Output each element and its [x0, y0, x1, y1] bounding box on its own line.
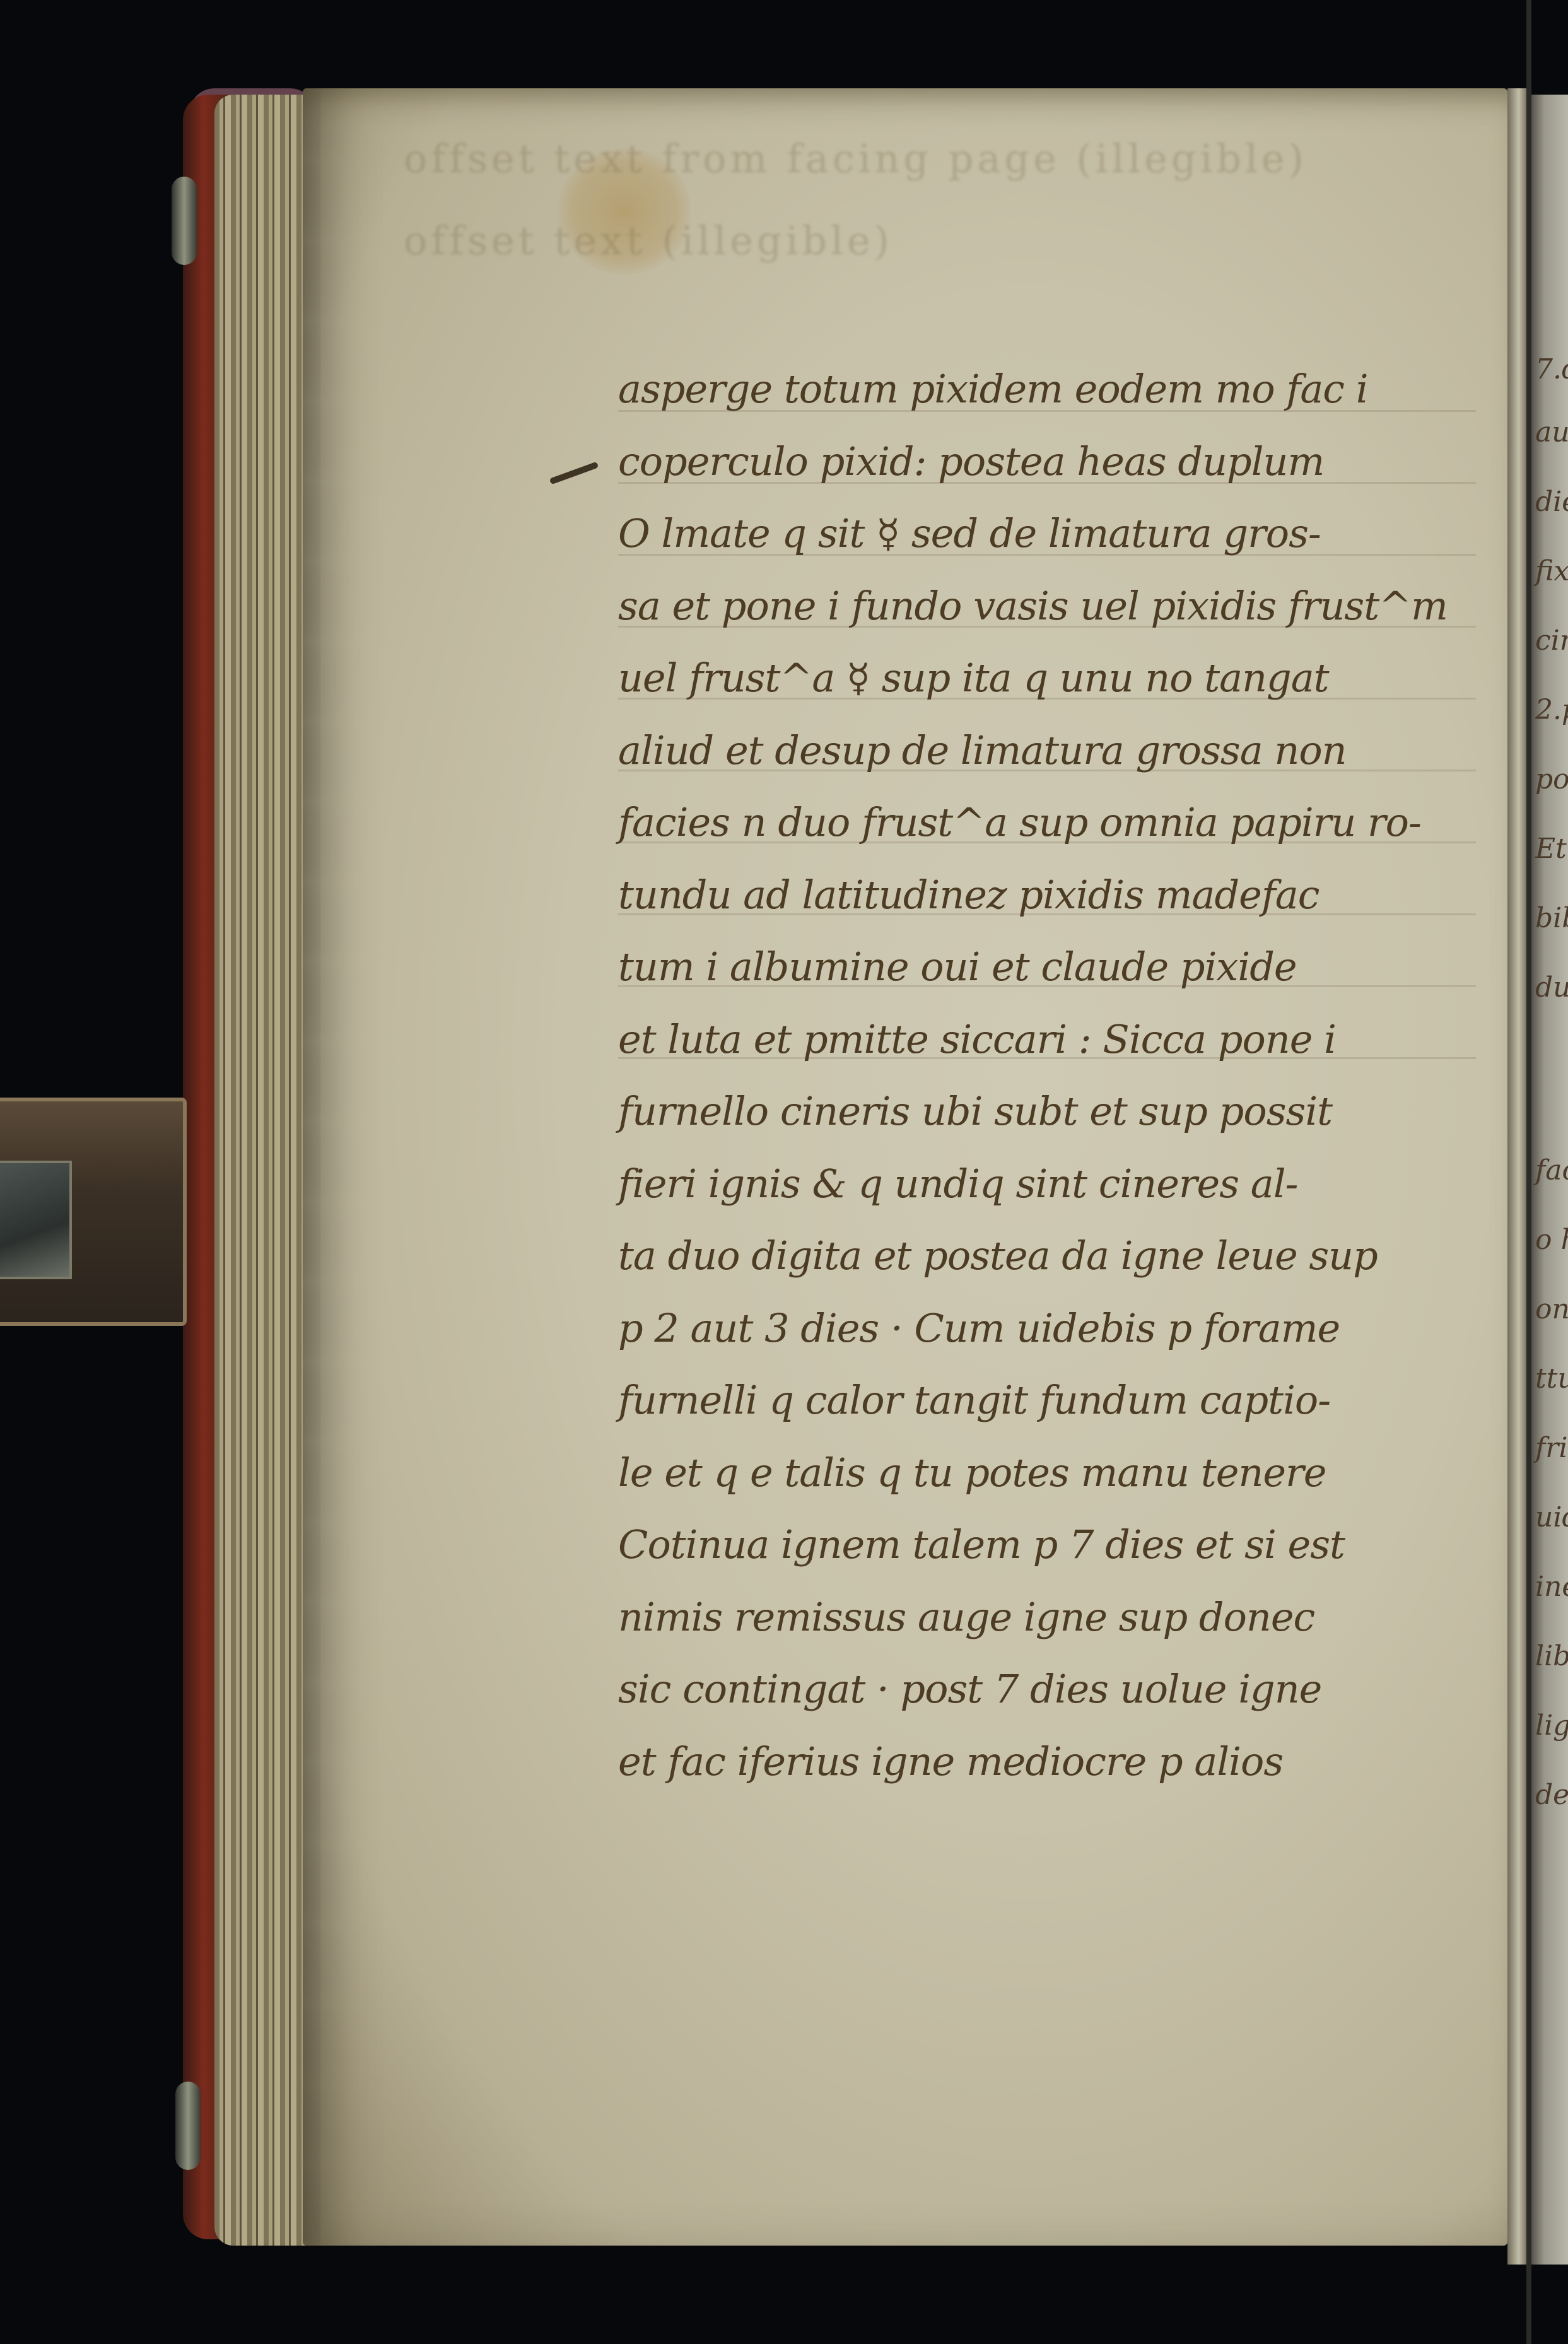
facing-fragment: ponu: [1535, 763, 1568, 795]
facing-fragment: lig^m ebe: [1535, 1709, 1568, 1742]
text-line-5: uel frust^a ☿ sup ita q unu no tangat: [618, 642, 1489, 715]
manuscript-text-block: asperge totum pixidem eodem mo fac i cop…: [618, 353, 1489, 1798]
text-line-11: furnello cineris ubi subt et sup possit: [618, 1075, 1489, 1148]
gutter-shadow: [1526, 0, 1531, 2344]
text-line-20: et fac iferius igne mediocre p alios: [618, 1726, 1489, 1798]
text-line-10: et luta et pmitte siccari : Sicca pone i: [618, 1004, 1489, 1076]
text-line-17: Cotinua ignem talem p 7 dies et si est: [618, 1509, 1489, 1581]
facing-fragment: fixu: [1535, 555, 1568, 587]
text-line-4: sa et pone i fundo vasis uel pixidis fru…: [618, 570, 1489, 643]
facing-fragment: Et fi: [1535, 833, 1568, 865]
facing-fragment: cine: [1535, 624, 1568, 657]
facing-fragment: o heb: [1535, 1224, 1568, 1256]
facing-fragment: fripio: [1535, 1432, 1568, 1464]
text-line-3: O lmate q sit ☿ sed de limatura gros-: [618, 498, 1489, 570]
bottom-metal-fitting: [175, 2082, 201, 2170]
text-line-8: tundu ad latitudinez pixidis madefac: [618, 859, 1489, 932]
faded-offset-text: offset text (illegible): [404, 218, 1476, 264]
top-metal-fitting: [172, 177, 197, 265]
facing-fragment: uidem: [1535, 1501, 1568, 1533]
facing-fragment: 7.die: [1535, 353, 1568, 385]
text-line-16: le et q e talis q tu potes manu tenere: [618, 1437, 1489, 1509]
facing-fragment: fac et: [1535, 1154, 1568, 1187]
facing-fragment: ines ce: [1535, 1571, 1568, 1603]
facing-fragment: auge: [1535, 416, 1568, 448]
text-line-2: coperculo pixid: postea heas duplum: [618, 426, 1489, 498]
facing-fragment: de igne: [1535, 1779, 1568, 1811]
text-line-9: tum i albumine oui et claude pixide: [618, 931, 1489, 1004]
facing-fragment: dier: [1535, 486, 1568, 518]
text-line-6: aliud et desup de limatura grossa non: [618, 715, 1489, 787]
facing-fragment: ttuis: [1535, 1362, 1568, 1395]
facing-fragment: dui: [1535, 971, 1568, 1004]
metal-clasp-plate: [0, 1161, 72, 1279]
text-line-1: asperge totum pixidem eodem mo fac i: [618, 353, 1489, 426]
faded-offset-text: offset text from facing page (illegible): [404, 136, 1476, 182]
text-line-14: p 2 aut 3 dies · Cum uidebis p forame: [618, 1292, 1489, 1365]
text-line-15: furnelli q calor tangit fundum captio-: [618, 1364, 1489, 1437]
text-line-19: sic contingat · post 7 dies uolue igne: [618, 1653, 1489, 1726]
facing-fragment: biben: [1535, 902, 1568, 934]
text-line-18: nimis remissus auge igne sup donec: [618, 1581, 1489, 1654]
facing-fragment: libatu: [1535, 1640, 1568, 1672]
page-gutter: [1507, 88, 1526, 2265]
facing-fragment: ondera: [1535, 1293, 1568, 1325]
text-line-7: facies n duo frust^a sup omnia papiru ro…: [618, 787, 1489, 859]
facing-fragment: 2.pa: [1535, 694, 1568, 726]
text-line-12: fieri ignis & q undiq sint cineres al-: [618, 1148, 1489, 1221]
facing-page-edge: 7.die auge dier fixu cine 2.pa ponu Et f…: [1531, 95, 1568, 2265]
text-line-13: ta duo digita et postea da igne leue sup: [618, 1220, 1489, 1292]
